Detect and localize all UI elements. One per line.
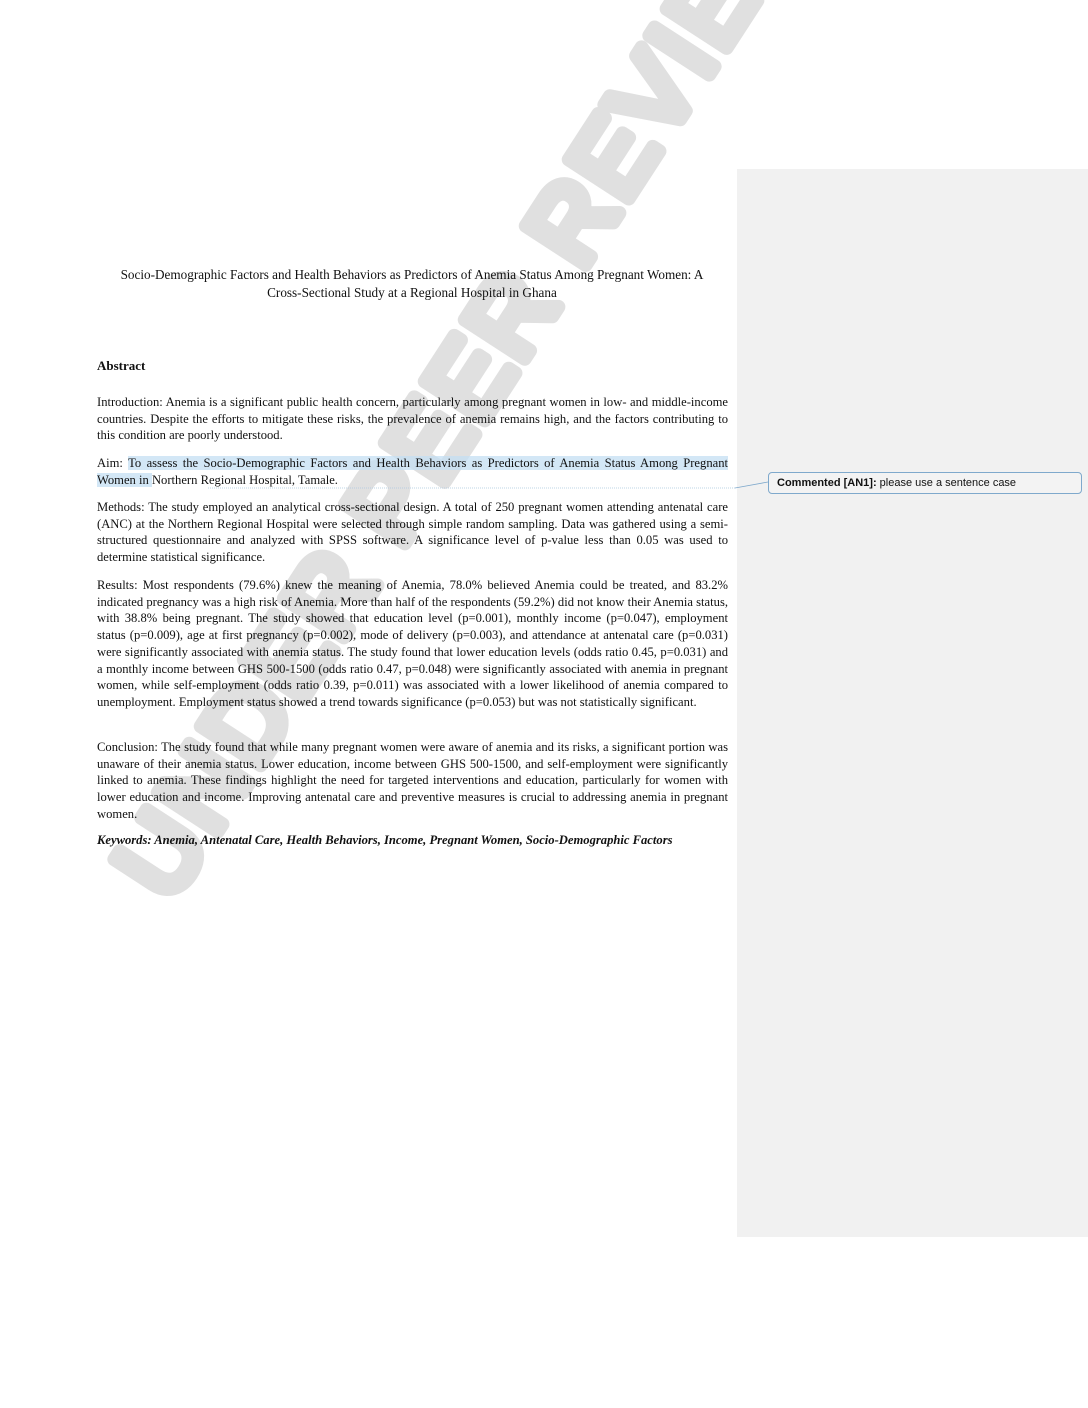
introduction-paragraph: Introduction: Anemia is a significant pu… <box>97 394 728 444</box>
conclusion-text: Conclusion: The study found that while m… <box>97 739 728 823</box>
document-page: UNDER PEER REVIEW Socio-Demographic Fact… <box>0 0 1088 1408</box>
methods-text: Methods: The study employed an analytica… <box>97 499 728 566</box>
title-line-2: Cross-Sectional Study at a Regional Hosp… <box>97 284 727 302</box>
comment-text: please use a sentence case <box>877 477 1016 489</box>
title-line-1: Socio-Demographic Factors and Health Beh… <box>97 266 727 284</box>
aim-paragraph[interactable]: Aim: To assess the Socio-Demographic Fac… <box>97 455 728 488</box>
comment-pane <box>737 169 1088 1237</box>
introduction-text: Introduction: Anemia is a significant pu… <box>97 394 728 444</box>
aim-text: Aim: To assess the Socio-Demographic Fac… <box>97 455 728 488</box>
results-text: Results: Most respondents (79.6%) knew t… <box>97 577 728 711</box>
comment-balloon[interactable]: Commented [AN1]: please use a sentence c… <box>768 472 1082 494</box>
methods-paragraph: Methods: The study employed an analytica… <box>97 499 728 566</box>
document-title: Socio-Demographic Factors and Health Beh… <box>97 266 727 302</box>
aim-label: Aim: <box>97 456 128 470</box>
aim-rest: Northern Regional Hospital, Tamale. <box>152 473 338 487</box>
comment-author: Commented [AN1]: <box>777 477 877 489</box>
abstract-heading: Abstract <box>97 358 145 374</box>
keywords: Keywords: Anemia, Antenatal Care, Health… <box>97 833 737 848</box>
conclusion-paragraph: Conclusion: The study found that while m… <box>97 739 728 823</box>
results-paragraph: Results: Most respondents (79.6%) knew t… <box>97 577 728 711</box>
